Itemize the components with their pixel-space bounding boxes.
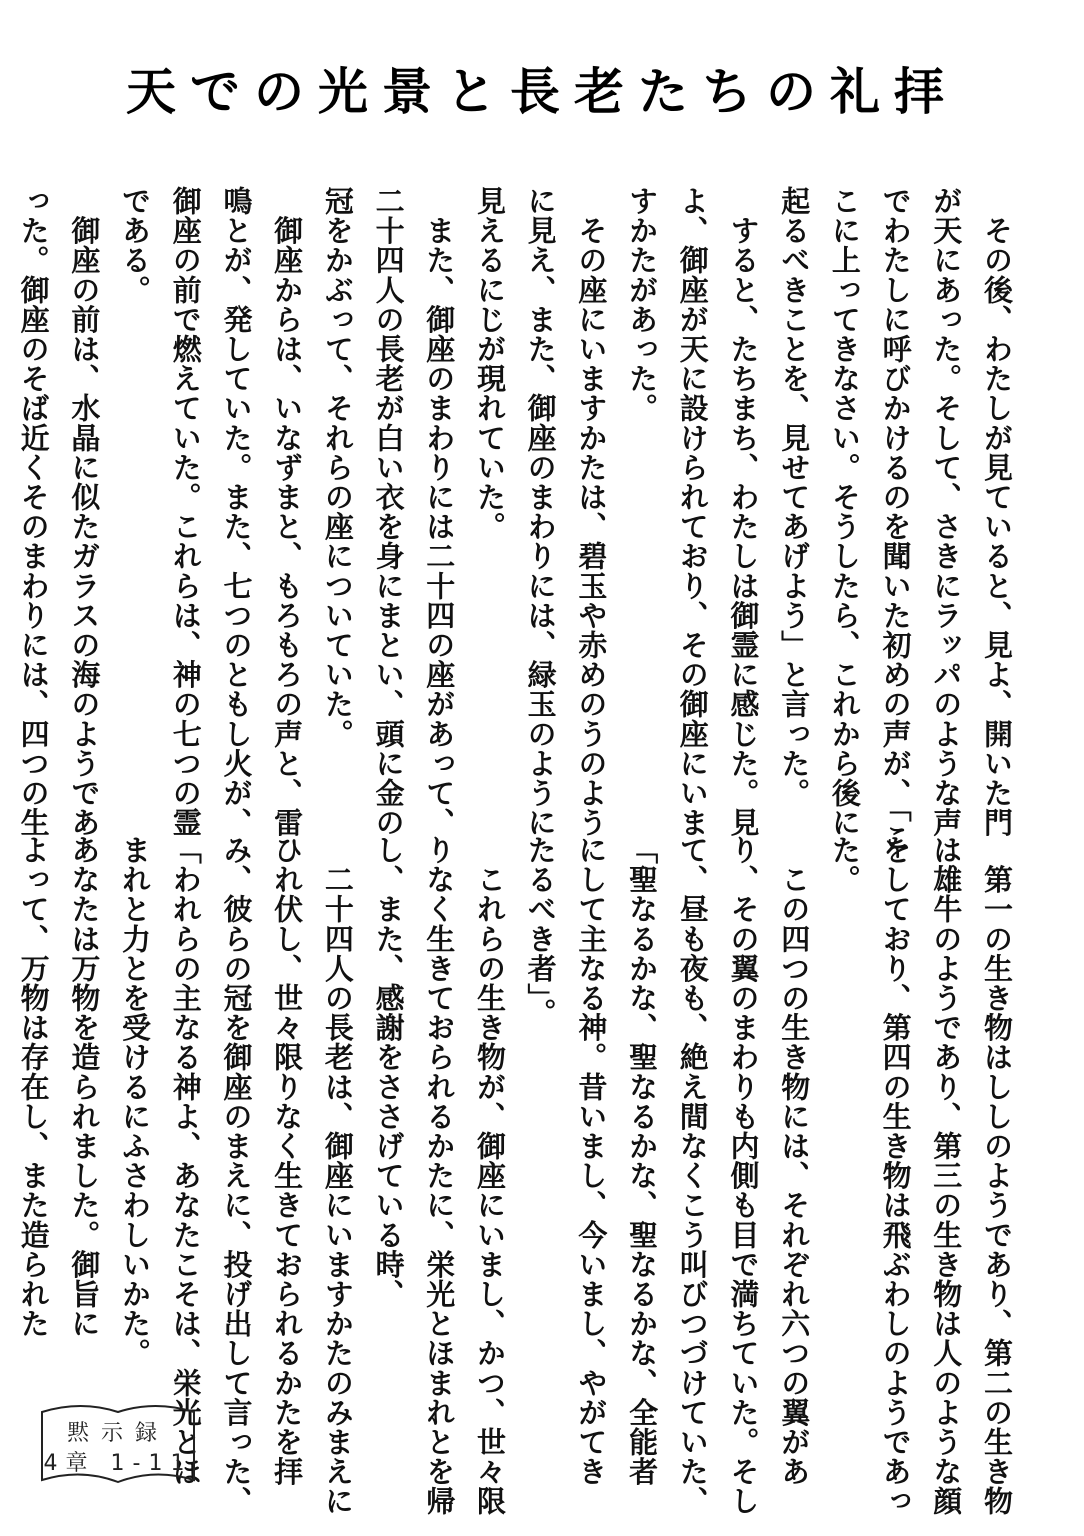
text-column: りなく生きておられるかたに、栄光とほまれとを帰 xyxy=(414,835,465,1435)
text-column: った。御座のそば近くそのまわりには、四つの生 xyxy=(8,186,59,786)
text-column: 見えるにじが現れていた。 xyxy=(464,186,515,786)
text-column: た。 xyxy=(819,835,870,1435)
text-column: 御座の前で燃えていた。これらは、神の七つの霊 xyxy=(160,186,211,786)
text-column: に見え、また、御座のまわりには、緑玉のように xyxy=(515,186,566,786)
text-column: 鳴とが、発していた。また、七つのともし火が、 xyxy=(211,186,262,786)
text-column: その後、わたしが見ていると、見よ、開いた門 xyxy=(971,186,1022,786)
text-column: り、その翼のまわりも内側も目で満ちていた。そし xyxy=(718,835,769,1435)
scripture-text-top: その後、わたしが見ていると、見よ、開いた門 が天にあった。そして、さきにラッパの… xyxy=(0,186,1022,786)
text-column: でわたしに呼びかけるのを聞いた初めの声が、「こ xyxy=(870,186,921,786)
text-column: また、御座のまわりには二十四の座があって、 xyxy=(414,186,465,786)
text-column: すかたがあった。 xyxy=(616,186,667,786)
page-title: 天での光景と長老たちの礼拝 xyxy=(0,52,1084,124)
text-column: 御座の前は、水晶に似たガラスの海のようであ xyxy=(59,186,110,786)
text-column: ひれ伏し、世々限りなく生きておられるかたを拝 xyxy=(261,835,312,1435)
text-column: み、彼らの冠を御座のまえに、投げ出して言った、 xyxy=(211,835,262,1435)
text-column: 冠をかぶって、それらの座についていた。 xyxy=(312,186,363,786)
text-column: である。 xyxy=(109,186,160,786)
text-column: あなたは万物を造られました。御旨に xyxy=(59,835,110,1435)
text-column: が天にあった。そして、さきにラッパのような声 xyxy=(921,186,972,786)
text-column: 第一の生き物はししのようであり、第二の生き物 xyxy=(971,835,1022,1435)
text-column: まれと力とを受けるにふさわしいかた。 xyxy=(109,835,160,1435)
text-column: 「われらの主なる神よ、あなたこそは、栄光とほ xyxy=(160,835,211,1435)
scripture-text-bottom: 第一の生き物はししのようであり、第二の生き物 は雄牛のようであり、第三の生き物は… xyxy=(0,835,1022,1435)
text-column: その座にいますかたは、碧玉や赤めのうのよう xyxy=(566,186,617,786)
text-column: たるべき者」。 xyxy=(515,835,566,1435)
book-name: 黙示録 xyxy=(36,1416,200,1447)
text-column: 二十四人の長老が白い衣を身にまとい、頭に金の xyxy=(363,186,414,786)
text-column: 起るべきことを、見せてあげよう」と言った。 xyxy=(768,186,819,786)
text-column: これらの生き物が、御座にいまし、かつ、世々限 xyxy=(464,835,515,1435)
text-column: て、昼も夜も、絶え間なくこう叫びつづけていた、 xyxy=(667,835,718,1435)
text-column: 御座からは、いなずまと、もろもろの声と、雷 xyxy=(261,186,312,786)
text-column: こに上ってきなさい。そうしたら、これから後に xyxy=(819,186,870,786)
scripture-reference-label: 黙示録 4章 1-11 xyxy=(36,1400,200,1490)
text-column: よ、御座が天に設けられており、その御座にいま xyxy=(667,186,718,786)
text-column: し、また、感謝をささげている時、 xyxy=(363,835,414,1435)
text-column: き物がいたが、その前にも後にも、一面に目がつ xyxy=(0,186,8,786)
text-column: にして主なる神。昔いまし、今いまし、やがてき xyxy=(566,835,617,1435)
text-column: をしており、第四の生き物は飛ぶわしのようであっ xyxy=(870,835,921,1435)
text-column: すると、たちまち、わたしは御霊に感じた。見 xyxy=(718,186,769,786)
text-column: は雄牛のようであり、第三の生き物は人のような顔 xyxy=(921,835,972,1435)
text-column: この四つの生き物には、それぞれ六つの翼があ xyxy=(768,835,819,1435)
text-column: のであります」。 xyxy=(0,835,8,1435)
chapter-verse: 4章 1-11 xyxy=(36,1446,200,1477)
text-column: 「聖なるかな、聖なるかな、聖なるかな、全能者 xyxy=(616,835,667,1435)
text-column: よって、万物は存在し、また造られた xyxy=(8,835,59,1435)
text-column: 二十四人の長老は、御座にいますかたのみまえに xyxy=(312,835,363,1435)
